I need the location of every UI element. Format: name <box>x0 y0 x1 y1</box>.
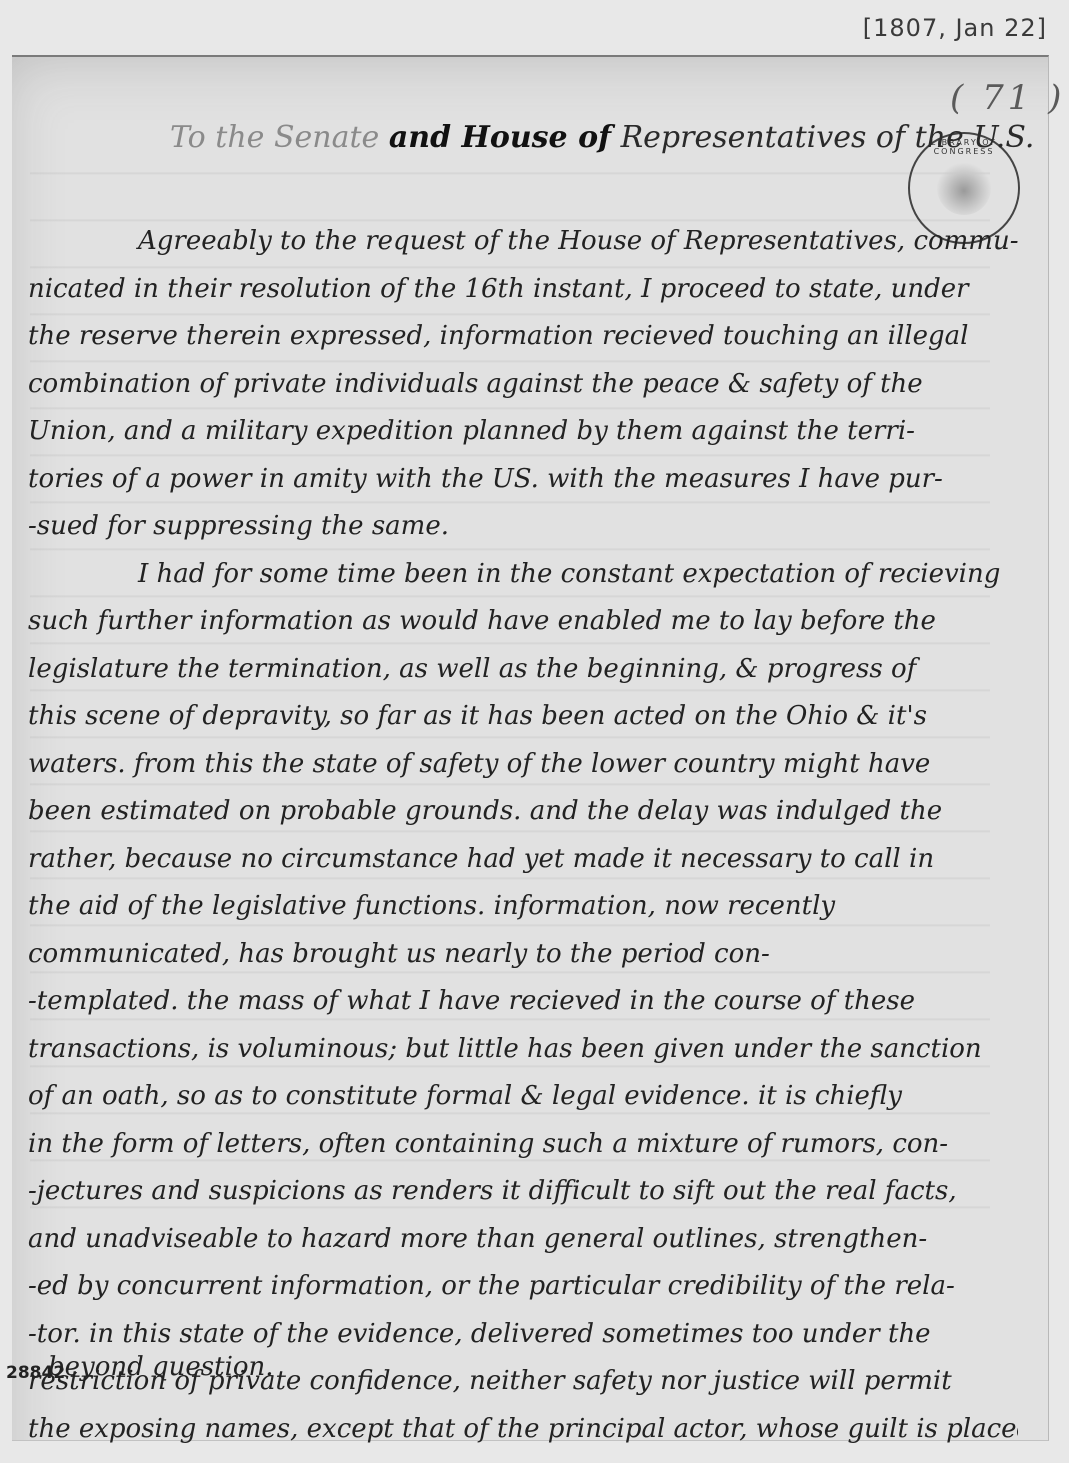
text-line: this scene of depravity, so far as it ha… <box>28 693 1018 741</box>
address-line: To the Senate and House of Representativ… <box>170 120 1034 155</box>
text-line: I had for some time been in the constant… <box>28 551 1018 599</box>
text-line: waters. from this the state of safety of… <box>28 741 1018 789</box>
text-line: communicated, has brought us nearly to t… <box>28 931 1018 979</box>
archive-label: [1807, Jan 22] <box>863 14 1047 42</box>
text-line: and unadviseable to hazard more than gen… <box>28 1216 1018 1264</box>
text-line: -tor. in this state of the evidence, del… <box>28 1311 1018 1359</box>
text-line: tories of a power in amity with the US. … <box>28 456 1018 504</box>
text-line: of an oath, so as to constitute formal &… <box>28 1073 1018 1121</box>
text-line: the reserve therein expressed, informati… <box>28 313 1018 361</box>
address-rest: Representatives of the U.S. <box>621 120 1035 155</box>
text-line: combination of private individuals again… <box>28 361 1018 409</box>
text-line: in the form of letters, often containing… <box>28 1121 1018 1169</box>
text-line: been estimated on probable grounds. and … <box>28 788 1018 836</box>
folio-number: ( 71 ) <box>950 78 1065 118</box>
closing-line: beyond question. <box>48 1352 274 1382</box>
text-line: Agreeably to the request of the House of… <box>28 218 1018 266</box>
text-line: Union, and a military expedition planned… <box>28 408 1018 456</box>
text-line: transactions, is voluminous; but little … <box>28 1026 1018 1074</box>
text-line: -sued for suppressing the same. <box>28 503 1018 551</box>
text-line: nicated in their resolution of the 16th … <box>28 266 1018 314</box>
text-line: -ed by concurrent information, or the pa… <box>28 1263 1018 1311</box>
text-line: legislature the termination, as well as … <box>28 646 1018 694</box>
address-bold: and House of <box>389 120 611 155</box>
text-line: the aid of the legislative functions. in… <box>28 883 1018 931</box>
address-faint: To the Senate <box>170 120 379 155</box>
text-line: the exposing names, except that of the p… <box>28 1406 1018 1454</box>
text-line: such further information as would have e… <box>28 598 1018 646</box>
text-line: -jectures and suspicions as renders it d… <box>28 1168 1018 1216</box>
text-line: rather, because no circumstance had yet … <box>28 836 1018 884</box>
letter-body: Agreeably to the request of the House of… <box>28 218 1018 1453</box>
text-line: -templated. the mass of what I have reci… <box>28 978 1018 1026</box>
eagle-seal-icon <box>937 161 991 215</box>
